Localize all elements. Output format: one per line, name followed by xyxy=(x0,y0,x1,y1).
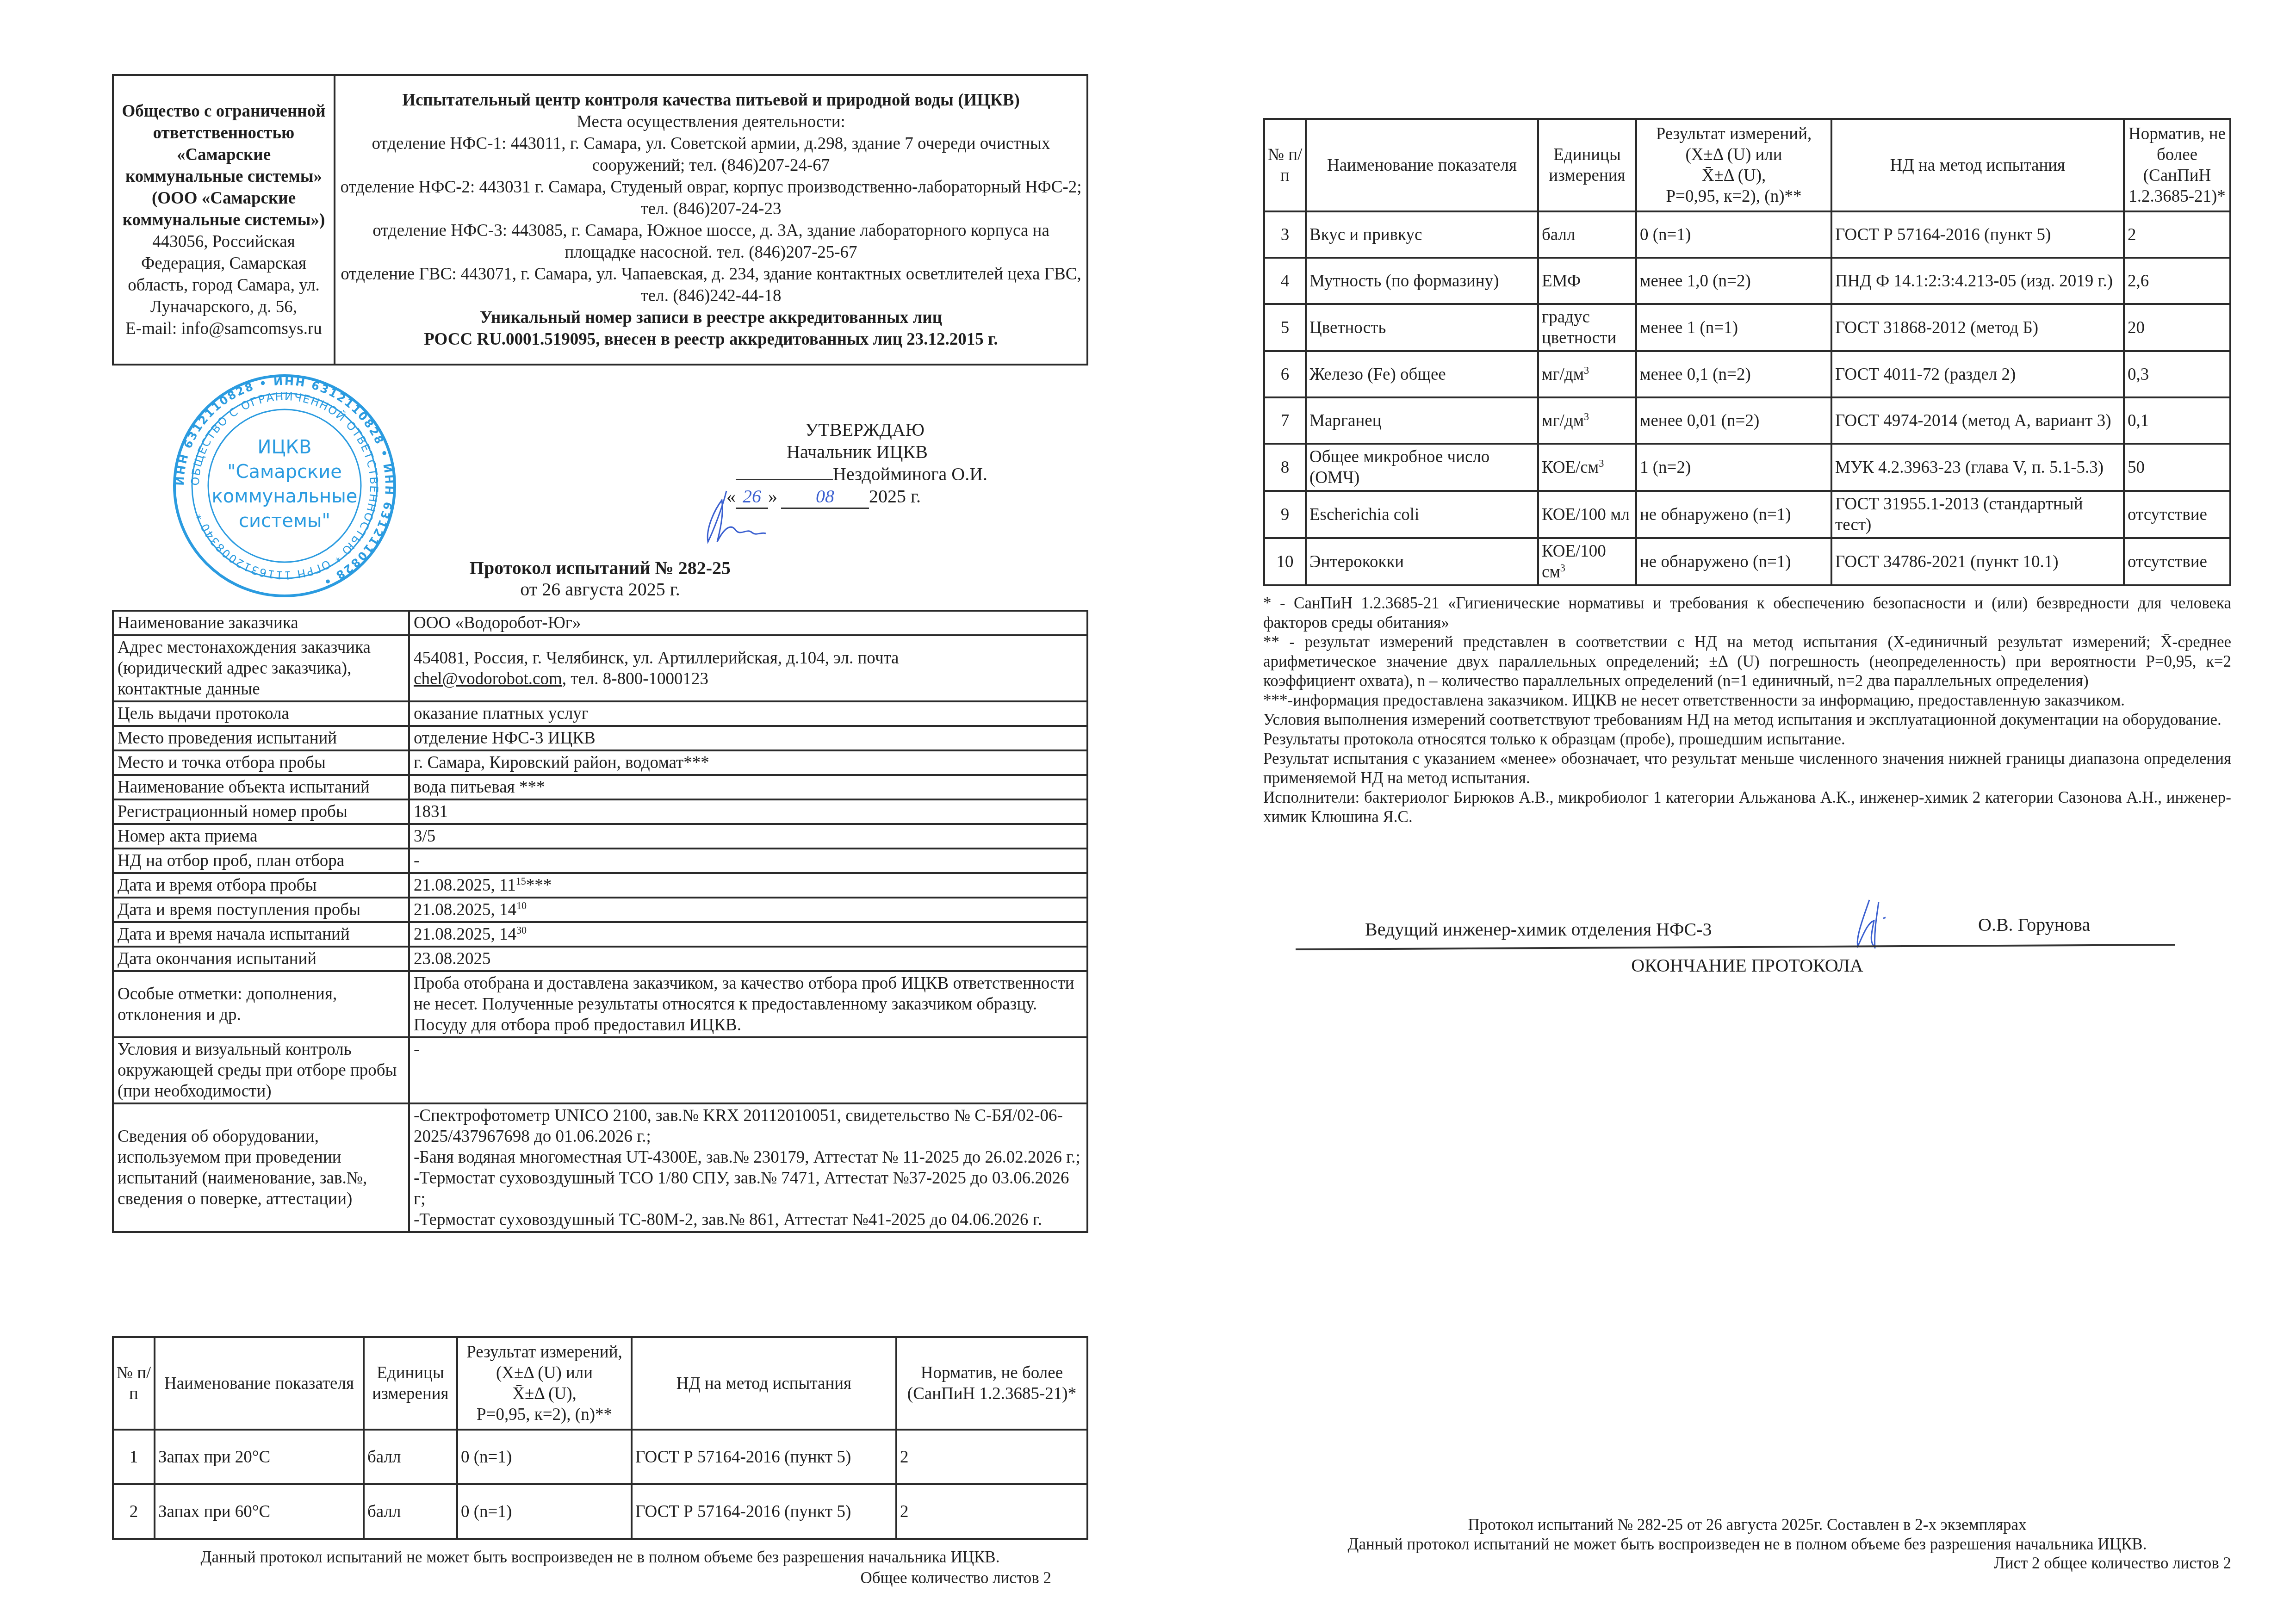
info-value: 3/5 xyxy=(409,824,1087,849)
info-key: Номер акта приема xyxy=(113,824,409,849)
table-row: 7Марганецмг/дм3менее 0,01 (n=2)ГОСТ 4974… xyxy=(1264,397,2230,444)
registry-line-1: Уникальный номер записи в реестре аккред… xyxy=(340,307,1082,328)
footnote-customer-info: ***-информация предоставлена заказчиком.… xyxy=(1263,691,2231,710)
lab-title: Испытательный центр контроля качества пи… xyxy=(340,89,1082,111)
table-row: НД на отбор проб, план отбора- xyxy=(113,849,1087,873)
cell-result: менее 0,1 (n=2) xyxy=(1636,351,1831,397)
cell-num: 7 xyxy=(1264,397,1306,444)
table-row: 2 Запах при 60°С балл 0 (n=1) ГОСТ Р 571… xyxy=(113,1484,1087,1539)
footnote-mark: *** xyxy=(526,876,552,895)
info-value: 23.08.2025 xyxy=(409,947,1087,971)
reproduction-notice: Данный протокол испытаний не может быть … xyxy=(112,1548,1088,1567)
col-result: Результат измерений,(X±Δ (U) илиX̄±Δ (U)… xyxy=(457,1337,632,1430)
cell-name: Мутность (по формазину) xyxy=(1306,258,1538,304)
table-row: 9Escherichia coliКОЕ/100 млне обнаружено… xyxy=(1264,491,2230,538)
footnotes: * - СанПиН 1.2.3685-21 «Гигиенические но… xyxy=(1263,594,2231,827)
table-row: 5Цветностьградус цветностименее 1 (n=1)Г… xyxy=(1264,304,2230,351)
cell-name: Escherichia coli xyxy=(1306,491,1538,538)
minutes-sup: 30 xyxy=(516,924,527,936)
organization-block: Общество с ограниченной ответственностью… xyxy=(113,75,335,365)
stamp-line-1: ИЦКВ xyxy=(258,437,312,458)
info-value: оказание платных услуг xyxy=(409,701,1087,726)
table-row: Наименование заказчикаООО «Водоробот-Юг» xyxy=(113,611,1087,635)
cell-norm: 2,6 xyxy=(2124,258,2230,304)
cell-method: МУК 4.2.3963-23 (глава V, п. 5.1-5.3) xyxy=(1831,444,2124,491)
cell-method: ГОСТ 4011-72 (раздел 2) xyxy=(1831,351,2124,397)
equipment-item: -Термостат суховоздушный ТСО 1/80 СПУ, з… xyxy=(414,1168,1083,1209)
info-key: Особые отметки: дополнения, отклонения и… xyxy=(113,971,409,1037)
table-row: Цель выдачи протоколаоказание платных ус… xyxy=(113,701,1087,726)
cell-result: менее 0,01 (n=2) xyxy=(1636,397,1831,444)
cell-result: менее 1 (n=1) xyxy=(1636,304,1831,351)
table-row: 3Вкус и привкусбалл0 (n=1)ГОСТ Р 57164-2… xyxy=(1264,211,2230,258)
protocol-date: от 26 августа 2025 г. xyxy=(112,579,1088,600)
minutes-sup: 15 xyxy=(516,875,526,887)
unit-text: балл xyxy=(1542,225,1576,244)
table-row: 1 Запах при 20°С балл 0 (n=1) ГОСТ Р 571… xyxy=(113,1430,1087,1484)
cell-unit: КОЕ/100 мл xyxy=(1538,491,1636,538)
table-row: Условия и визуальный контроль окружающей… xyxy=(113,1037,1087,1103)
table-row: Особые отметки: дополнения, отклонения и… xyxy=(113,971,1087,1037)
col-name: Наименование показателя xyxy=(155,1337,364,1430)
info-value: г. Самара, Кировский район, водомат*** xyxy=(409,750,1087,775)
cell-method: ГОСТ Р 57164-2016 (пункт 5) xyxy=(1831,211,2124,258)
approve-label: УТВЕРЖДАЮ xyxy=(722,419,1055,441)
result-header-line: Результат измерений, xyxy=(466,1343,622,1362)
cell-unit: КОЕ/100 см3 xyxy=(1538,538,1636,585)
branch-nfs2: отделение НФС-2: 443031 г. Самара, Студе… xyxy=(340,176,1082,220)
cell-unit: градус цветности xyxy=(1538,304,1636,351)
cell-unit: мг/дм3 xyxy=(1538,397,1636,444)
col-norm: Норматив, не более (СанПиН 1.2.3685-21)* xyxy=(2124,119,2230,211)
lab-block: Испытательный центр контроля качества пи… xyxy=(335,75,1087,365)
info-value: Проба отобрана и доставлена заказчиком, … xyxy=(409,971,1087,1037)
info-value: 21.08.2025, 1410 xyxy=(409,898,1087,922)
stamp-line-4: системы" xyxy=(239,510,330,532)
datetime-value: 21.08.2025, 11 xyxy=(414,876,516,895)
cell-num: 2 xyxy=(113,1484,155,1539)
approval-block: УТВЕРЖДАЮ Начальник ИЦКВ Нездойминога О.… xyxy=(722,419,1055,509)
cell-norm: 2 xyxy=(896,1430,1087,1484)
info-key: Место проведения испытаний xyxy=(113,726,409,750)
minutes-sup: 10 xyxy=(516,900,527,911)
table-row: Дата и время поступления пробы21.08.2025… xyxy=(113,898,1087,922)
info-value: отделение НФС-3 ИЦКВ xyxy=(409,726,1087,750)
cell-num: 3 xyxy=(1264,211,1306,258)
unit-sup: 3 xyxy=(1584,410,1589,422)
info-value: ООО «Водоробот-Юг» xyxy=(409,611,1087,635)
approver-signature-icon xyxy=(671,482,791,546)
sheet-count: Лист 2 общее количество листов 2 xyxy=(1263,1554,2231,1573)
result-header-line: X̄±Δ (U), xyxy=(512,1384,577,1403)
equipment-item: -Баня водяная многоместная UT-4300E, зав… xyxy=(414,1147,1083,1168)
cell-unit: КОЕ/см3 xyxy=(1538,444,1636,491)
signer-signature-icon xyxy=(1846,895,1902,951)
equipment-item: -Термостат суховоздушный ТС-80М-2, зав.№… xyxy=(414,1209,1083,1230)
cell-norm: 0,1 xyxy=(2124,397,2230,444)
stamp-line-2: "Самарские xyxy=(227,461,342,483)
table-row: Номер акта приема3/5 xyxy=(113,824,1087,849)
table-header-row: № п/п Наименование показателя Единицы из… xyxy=(1264,119,2230,211)
cell-name: Цветность xyxy=(1306,304,1538,351)
table-row: 4Мутность (по формазину)ЕМФменее 1,0 (n=… xyxy=(1264,258,2230,304)
unit-sup: 3 xyxy=(1584,364,1589,376)
places-label: Места осуществления деятельности: xyxy=(340,111,1082,133)
cell-result: 1 (n=2) xyxy=(1636,444,1831,491)
col-norm: Норматив, не более (СанПиН 1.2.3685-21)* xyxy=(896,1337,1087,1430)
unit-text: градус цветности xyxy=(1542,308,1616,347)
letterhead: Общество с ограниченной ответственностью… xyxy=(112,74,1088,365)
approver-name: Нездойминога О.И. xyxy=(833,464,987,484)
equipment-list: -Спектрофотометр UNICO 2100, зав.№ KRX 2… xyxy=(409,1103,1087,1232)
cell-unit: мг/дм3 xyxy=(1538,351,1636,397)
unit-text: мг/дм xyxy=(1542,411,1584,430)
table-row: Регистрационный номер пробы1831 xyxy=(113,799,1087,824)
approval-month: 08 xyxy=(781,485,869,509)
customer-email-link[interactable]: chel@vodorobot.com xyxy=(414,669,562,688)
unit-sup: 3 xyxy=(1599,457,1604,469)
note-performers: Исполнители: бактериолог Бирюков А.В., м… xyxy=(1263,788,2231,827)
datetime-value: 21.08.2025, 14 xyxy=(414,925,516,944)
equipment-item: -Спектрофотометр UNICO 2100, зав.№ KRX 2… xyxy=(414,1105,1083,1147)
protocol-copies-note: Протокол испытаний № 282-25 от 26 август… xyxy=(1263,1515,2231,1535)
cell-name: Железо (Fe) общее xyxy=(1306,351,1538,397)
info-key: Дата и время начала испытаний xyxy=(113,922,409,947)
results-table-page-2: № п/п Наименование показателя Единицы из… xyxy=(1263,118,2231,586)
col-method: НД на метод испытания xyxy=(1831,119,2124,211)
cell-unit: балл xyxy=(364,1430,457,1484)
unit-text: ЕМФ xyxy=(1542,272,1581,291)
col-unit: Единицы измерения xyxy=(364,1337,457,1430)
protocol-title: Протокол испытаний № 282-25 xyxy=(112,558,1088,579)
info-value: 454081, Россия, г. Челябинск, ул. Артилл… xyxy=(409,635,1087,701)
note-conditions: Условия выполнения измерений соответству… xyxy=(1263,710,2231,730)
note-results-scope: Результаты протокола относятся только к … xyxy=(1263,730,2231,749)
branch-nfs3: отделение НФС-3: 443085, г. Самара, Южно… xyxy=(340,220,1082,263)
customer-phone: , тел. 8-800-1000123 xyxy=(562,669,708,688)
cell-unit: ЕМФ xyxy=(1538,258,1636,304)
unit-text: КОЕ/см xyxy=(1542,458,1599,477)
cell-result: менее 1,0 (n=2) xyxy=(1636,258,1831,304)
cell-result: 0 (n=1) xyxy=(1636,211,1831,258)
results-table-page-1: № п/п Наименование показателя Единицы из… xyxy=(112,1336,1088,1540)
unit-text: КОЕ/100 см xyxy=(1542,542,1606,582)
cell-result: не обнаружено (n=1) xyxy=(1636,538,1831,585)
sheet-count: Общее количество листов 2 xyxy=(112,1568,1051,1588)
info-value: 1831 xyxy=(409,799,1087,824)
cell-num: 9 xyxy=(1264,491,1306,538)
organization-name: Общество с ограниченной ответственностью… xyxy=(122,102,326,229)
info-key: Регистрационный номер пробы xyxy=(113,799,409,824)
cell-norm: 2 xyxy=(896,1484,1087,1539)
reproduction-notice: Данный протокол испытаний не может быть … xyxy=(1263,1535,2231,1554)
info-key: Сведения об оборудовании, используемом п… xyxy=(113,1103,409,1232)
info-key: НД на отбор проб, план отбора xyxy=(113,849,409,873)
info-value: 21.08.2025, 1115*** xyxy=(409,873,1087,898)
cell-method: ГОСТ 31868-2012 (метод Б) xyxy=(1831,304,2124,351)
result-header-line: P=0,95, к=2), (n)** xyxy=(1666,187,1801,206)
cell-name: Запах при 60°С xyxy=(155,1484,364,1539)
cell-unit: балл xyxy=(1538,211,1636,258)
cell-name: Общее микробное число (ОМЧ) xyxy=(1306,444,1538,491)
table-row: Дата и время начала испытаний21.08.2025,… xyxy=(113,922,1087,947)
table-row: 8Общее микробное число (ОМЧ)КОЕ/см31 (n=… xyxy=(1264,444,2230,491)
info-value: - xyxy=(409,1037,1087,1103)
cell-method: ГОСТ 31955.1-2013 (стандартный тест) xyxy=(1831,491,2124,538)
customer-address: 454081, Россия, г. Челябинск, ул. Артилл… xyxy=(414,649,899,668)
unit-text: мг/дм xyxy=(1542,365,1584,384)
result-header-line: X̄±Δ (U), xyxy=(1702,166,1766,185)
info-key: Условия и визуальный контроль окружающей… xyxy=(113,1037,409,1103)
cell-result: 0 (n=1) xyxy=(457,1484,632,1539)
cell-name: Вкус и привкус xyxy=(1306,211,1538,258)
cell-num: 8 xyxy=(1264,444,1306,491)
info-key: Наименование объекта испытаний xyxy=(113,775,409,799)
cell-method: ГОСТ 34786-2021 (пункт 10.1) xyxy=(1831,538,2124,585)
stamp-line-3: коммунальные xyxy=(212,486,358,507)
result-header-line: (X±Δ (U) или xyxy=(496,1363,593,1382)
info-key: Дата и время отбора пробы xyxy=(113,873,409,898)
cell-method: ПНД Ф 14.1:2:3:4.213-05 (изд. 2019 г.) xyxy=(1831,258,2124,304)
approval-year: 2025 г. xyxy=(869,486,921,507)
info-key: Дата окончания испытаний xyxy=(113,947,409,971)
col-num: № п/п xyxy=(113,1337,155,1430)
result-header-line: P=0,95, к=2), (n)** xyxy=(477,1405,612,1424)
result-header-line: (X±Δ (U) или xyxy=(1685,145,1782,164)
footnote-sanpin: * - СанПиН 1.2.3685-21 «Гигиенические но… xyxy=(1263,594,2231,632)
info-value: 21.08.2025, 1430 xyxy=(409,922,1087,947)
table-row: Наименование объекта испытанийвода питье… xyxy=(113,775,1087,799)
table-header-row: № п/п Наименование показателя Единицы из… xyxy=(113,1337,1087,1430)
cell-name: Марганец xyxy=(1306,397,1538,444)
datetime-value: 21.08.2025, 14 xyxy=(414,900,516,919)
cell-num: 4 xyxy=(1264,258,1306,304)
cell-num: 6 xyxy=(1264,351,1306,397)
cell-num: 5 xyxy=(1264,304,1306,351)
sample-info-table: Наименование заказчикаООО «Водоробот-Юг»… xyxy=(112,610,1088,1233)
table-row: 10ЭнтерококкиКОЕ/100 см3не обнаружено (n… xyxy=(1264,538,2230,585)
cell-norm: 50 xyxy=(2124,444,2230,491)
table-row: Дата и время отбора пробы21.08.2025, 111… xyxy=(113,873,1087,898)
cell-method: ГОСТ Р 57164-2016 (пункт 5) xyxy=(632,1484,896,1539)
info-value: - xyxy=(409,849,1087,873)
organization-address: 443056, Российская Федерация, Самарская … xyxy=(128,232,320,316)
signoff-block: Ведущий инженер-химик отделения НФС-3 О.… xyxy=(1263,895,2231,946)
cell-norm: 0,3 xyxy=(2124,351,2230,397)
col-name: Наименование показателя xyxy=(1306,119,1538,211)
cell-num: 10 xyxy=(1264,538,1306,585)
cell-unit: балл xyxy=(364,1484,457,1539)
table-row: Сведения об оборудовании, используемом п… xyxy=(113,1103,1087,1232)
branch-nfs1: отделение НФС-1: 443011, г. Самара, ул. … xyxy=(340,133,1082,176)
approver-position: Начальник ИЦКВ xyxy=(722,441,1055,463)
footnote-measurement: ** - результат измерений представлен в с… xyxy=(1263,632,2231,691)
col-unit: Единицы измерения xyxy=(1538,119,1636,211)
col-num: № п/п xyxy=(1264,119,1306,211)
info-key: Наименование заказчика xyxy=(113,611,409,635)
result-header-line: Результат измерений, xyxy=(1656,124,1812,143)
protocol-title-block: Протокол испытаний № 282-25 от 26 август… xyxy=(112,558,1088,600)
cell-norm: отсутствие xyxy=(2124,538,2230,585)
col-result: Результат измерений,(X±Δ (U) илиX̄±Δ (U)… xyxy=(1636,119,1831,211)
table-row: Место и точка отбора пробыг. Самара, Кир… xyxy=(113,750,1087,775)
info-value: вода питьевая *** xyxy=(409,775,1087,799)
info-key: Место и точка отбора пробы xyxy=(113,750,409,775)
col-method: НД на метод испытания xyxy=(632,1337,896,1430)
branch-gvs: отделение ГВС: 443071, г. Самара, ул. Ча… xyxy=(340,263,1082,307)
cell-result: 0 (n=1) xyxy=(457,1430,632,1484)
cell-name: Запах при 20°С xyxy=(155,1430,364,1484)
note-less-than: Результат испытания с указанием «менее» … xyxy=(1263,749,2231,788)
info-key: Цель выдачи протокола xyxy=(113,701,409,726)
cell-norm: отсутствие xyxy=(2124,491,2230,538)
table-row: Дата окончания испытаний23.08.2025 xyxy=(113,947,1087,971)
organization-email: E-mail: info@samcomsys.ru xyxy=(125,319,322,338)
table-row: Адрес местонахождения заказчика (юридиче… xyxy=(113,635,1087,701)
table-row: Место проведения испытанийотделение НФС-… xyxy=(113,726,1087,750)
registry-line-2: РОСС RU.0001.519095, внесен в реестр акк… xyxy=(340,328,1082,350)
cell-name: Энтерококки xyxy=(1306,538,1538,585)
info-key: Адрес местонахождения заказчика (юридиче… xyxy=(113,635,409,701)
cell-norm: 20 xyxy=(2124,304,2230,351)
table-row: 6Железо (Fe) общеемг/дм3менее 0,1 (n=2)Г… xyxy=(1264,351,2230,397)
cell-method: ГОСТ Р 57164-2016 (пункт 5) xyxy=(632,1430,896,1484)
end-of-protocol: ОКОНЧАНИЕ ПРОТОКОЛА xyxy=(1263,954,2231,976)
cell-result: не обнаружено (n=1) xyxy=(1636,491,1831,538)
cell-method: ГОСТ 4974-2014 (метод А, вариант 3) xyxy=(1831,397,2124,444)
unit-text: КОЕ/100 мл xyxy=(1542,505,1630,524)
cell-norm: 2 xyxy=(2124,211,2230,258)
signer-position: Ведущий инженер-химик отделения НФС-3 xyxy=(1365,918,1712,940)
signer-name: О.В. Горунова xyxy=(1978,914,2090,935)
info-key: Дата и время поступления пробы xyxy=(113,898,409,922)
cell-num: 1 xyxy=(113,1430,155,1484)
unit-sup: 3 xyxy=(1560,562,1565,574)
